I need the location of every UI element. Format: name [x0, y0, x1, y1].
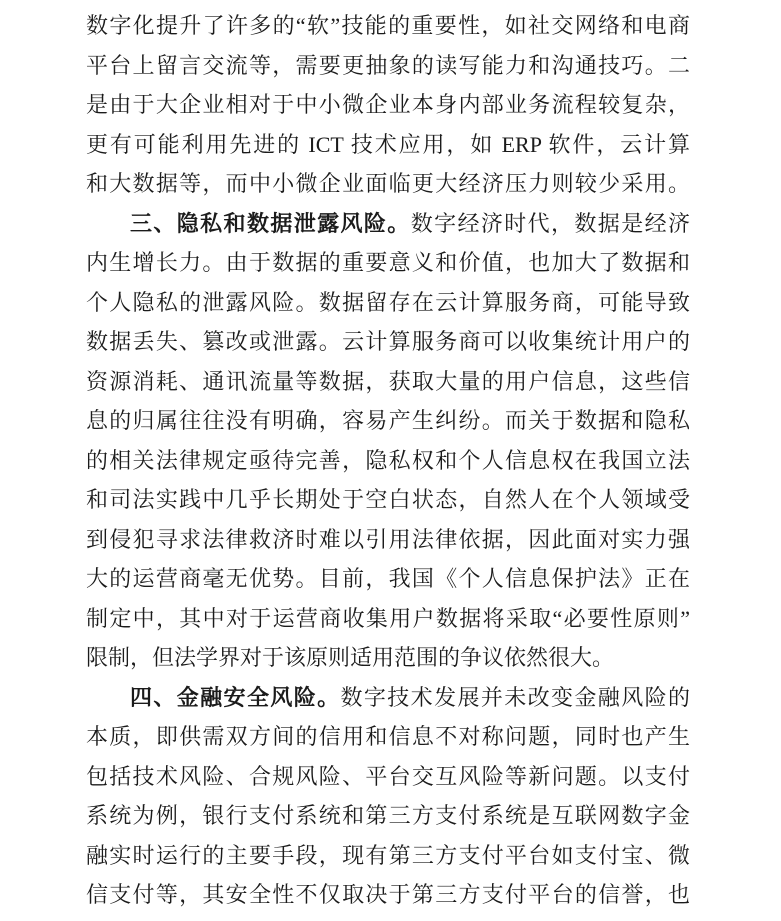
- text-line: 大的运营商毫无优势。目前，我国《个人信息保护法》正在: [86, 559, 690, 599]
- text-line: 数字化提升了许多的“软”技能的重要性，如社交网络和电商: [86, 6, 690, 46]
- text-line: 数据丢失、篡改或泄露。云计算服务商可以收集统计用户的: [86, 322, 690, 362]
- text-line: 本质，即供需双方间的信用和信息不对称问题，同时也产生: [86, 717, 690, 757]
- text-line: 信支付等，其安全性不仅取决于第三方支付平台的信誉，也: [86, 875, 690, 915]
- text-line: 内生增长力。由于数据的重要意义和价值，也加大了数据和: [86, 243, 690, 283]
- paragraph: 三、隐私和数据泄露风险。数字经济时代，数据是经济 内生增长力。由于数据的重要意义…: [86, 204, 690, 678]
- text-line: 四、金融安全风险。数字技术发展并未改变金融风险的: [86, 678, 690, 718]
- text-line: 更有可能利用先进的 ICT 技术应用，如 ERP 软件，云计算: [86, 125, 690, 165]
- text-line: 包括技术风险、合规风险、平台交互风险等新问题。以支付: [86, 757, 690, 797]
- text-line: 三、隐私和数据泄露风险。数字经济时代，数据是经济: [86, 204, 690, 244]
- text-line: 限制，但法学界对于该原则适用范围的争议依然很大。: [86, 638, 690, 678]
- text-line: 息的归属往往没有明确，容易产生纠纷。而关于数据和隐私: [86, 401, 690, 441]
- text-line: 制定中，其中对于运营商收集用户数据将采取“必要性原则”: [86, 599, 690, 639]
- paragraph: 四、金融安全风险。数字技术发展并未改变金融风险的 本质，即供需双方间的信用和信息…: [86, 678, 690, 915]
- text-run: 数字经济时代，数据是经济: [411, 211, 690, 236]
- text-line: 和司法实践中几乎长期处于空白状态，自然人在个人领域受: [86, 480, 690, 520]
- text-line: 平台上留言交流等，需要更抽象的读写能力和沟通技巧。二: [86, 46, 690, 86]
- text-line: 融实时运行的主要手段，现有第三方支付平台如支付宝、微: [86, 836, 690, 876]
- document-page: 数字化提升了许多的“软”技能的重要性，如社交网络和电商 平台上留言交流等，需要更…: [0, 0, 781, 921]
- text-line: 个人隐私的泄露风险。数据留存在云计算服务商，可能导致: [86, 283, 690, 323]
- text-line: 到侵犯寻求法律救济时难以引用法律依据，因此面对实力强: [86, 520, 690, 560]
- text-line: 系统为例，银行支付系统和第三方支付系统是互联网数字金: [86, 796, 690, 836]
- text-line: 的相关法律规定亟待完善，隐私权和个人信息权在我国立法: [86, 441, 690, 481]
- paragraph: 数字化提升了许多的“软”技能的重要性，如社交网络和电商 平台上留言交流等，需要更…: [86, 6, 690, 204]
- text-line: 和大数据等，而中小微企业面临更大经济压力则较少采用。: [86, 164, 690, 204]
- text-line: 资源消耗、通讯流量等数据，获取大量的用户信息，这些信: [86, 362, 690, 402]
- section-heading: 四、金融安全风险。: [130, 685, 341, 710]
- section-heading: 三、隐私和数据泄露风险。: [130, 211, 411, 236]
- text-run: 数字技术发展并未改变金融风险的: [341, 685, 690, 710]
- text-line: 是由于大企业相对于中小微企业本身内部业务流程较复杂，: [86, 85, 690, 125]
